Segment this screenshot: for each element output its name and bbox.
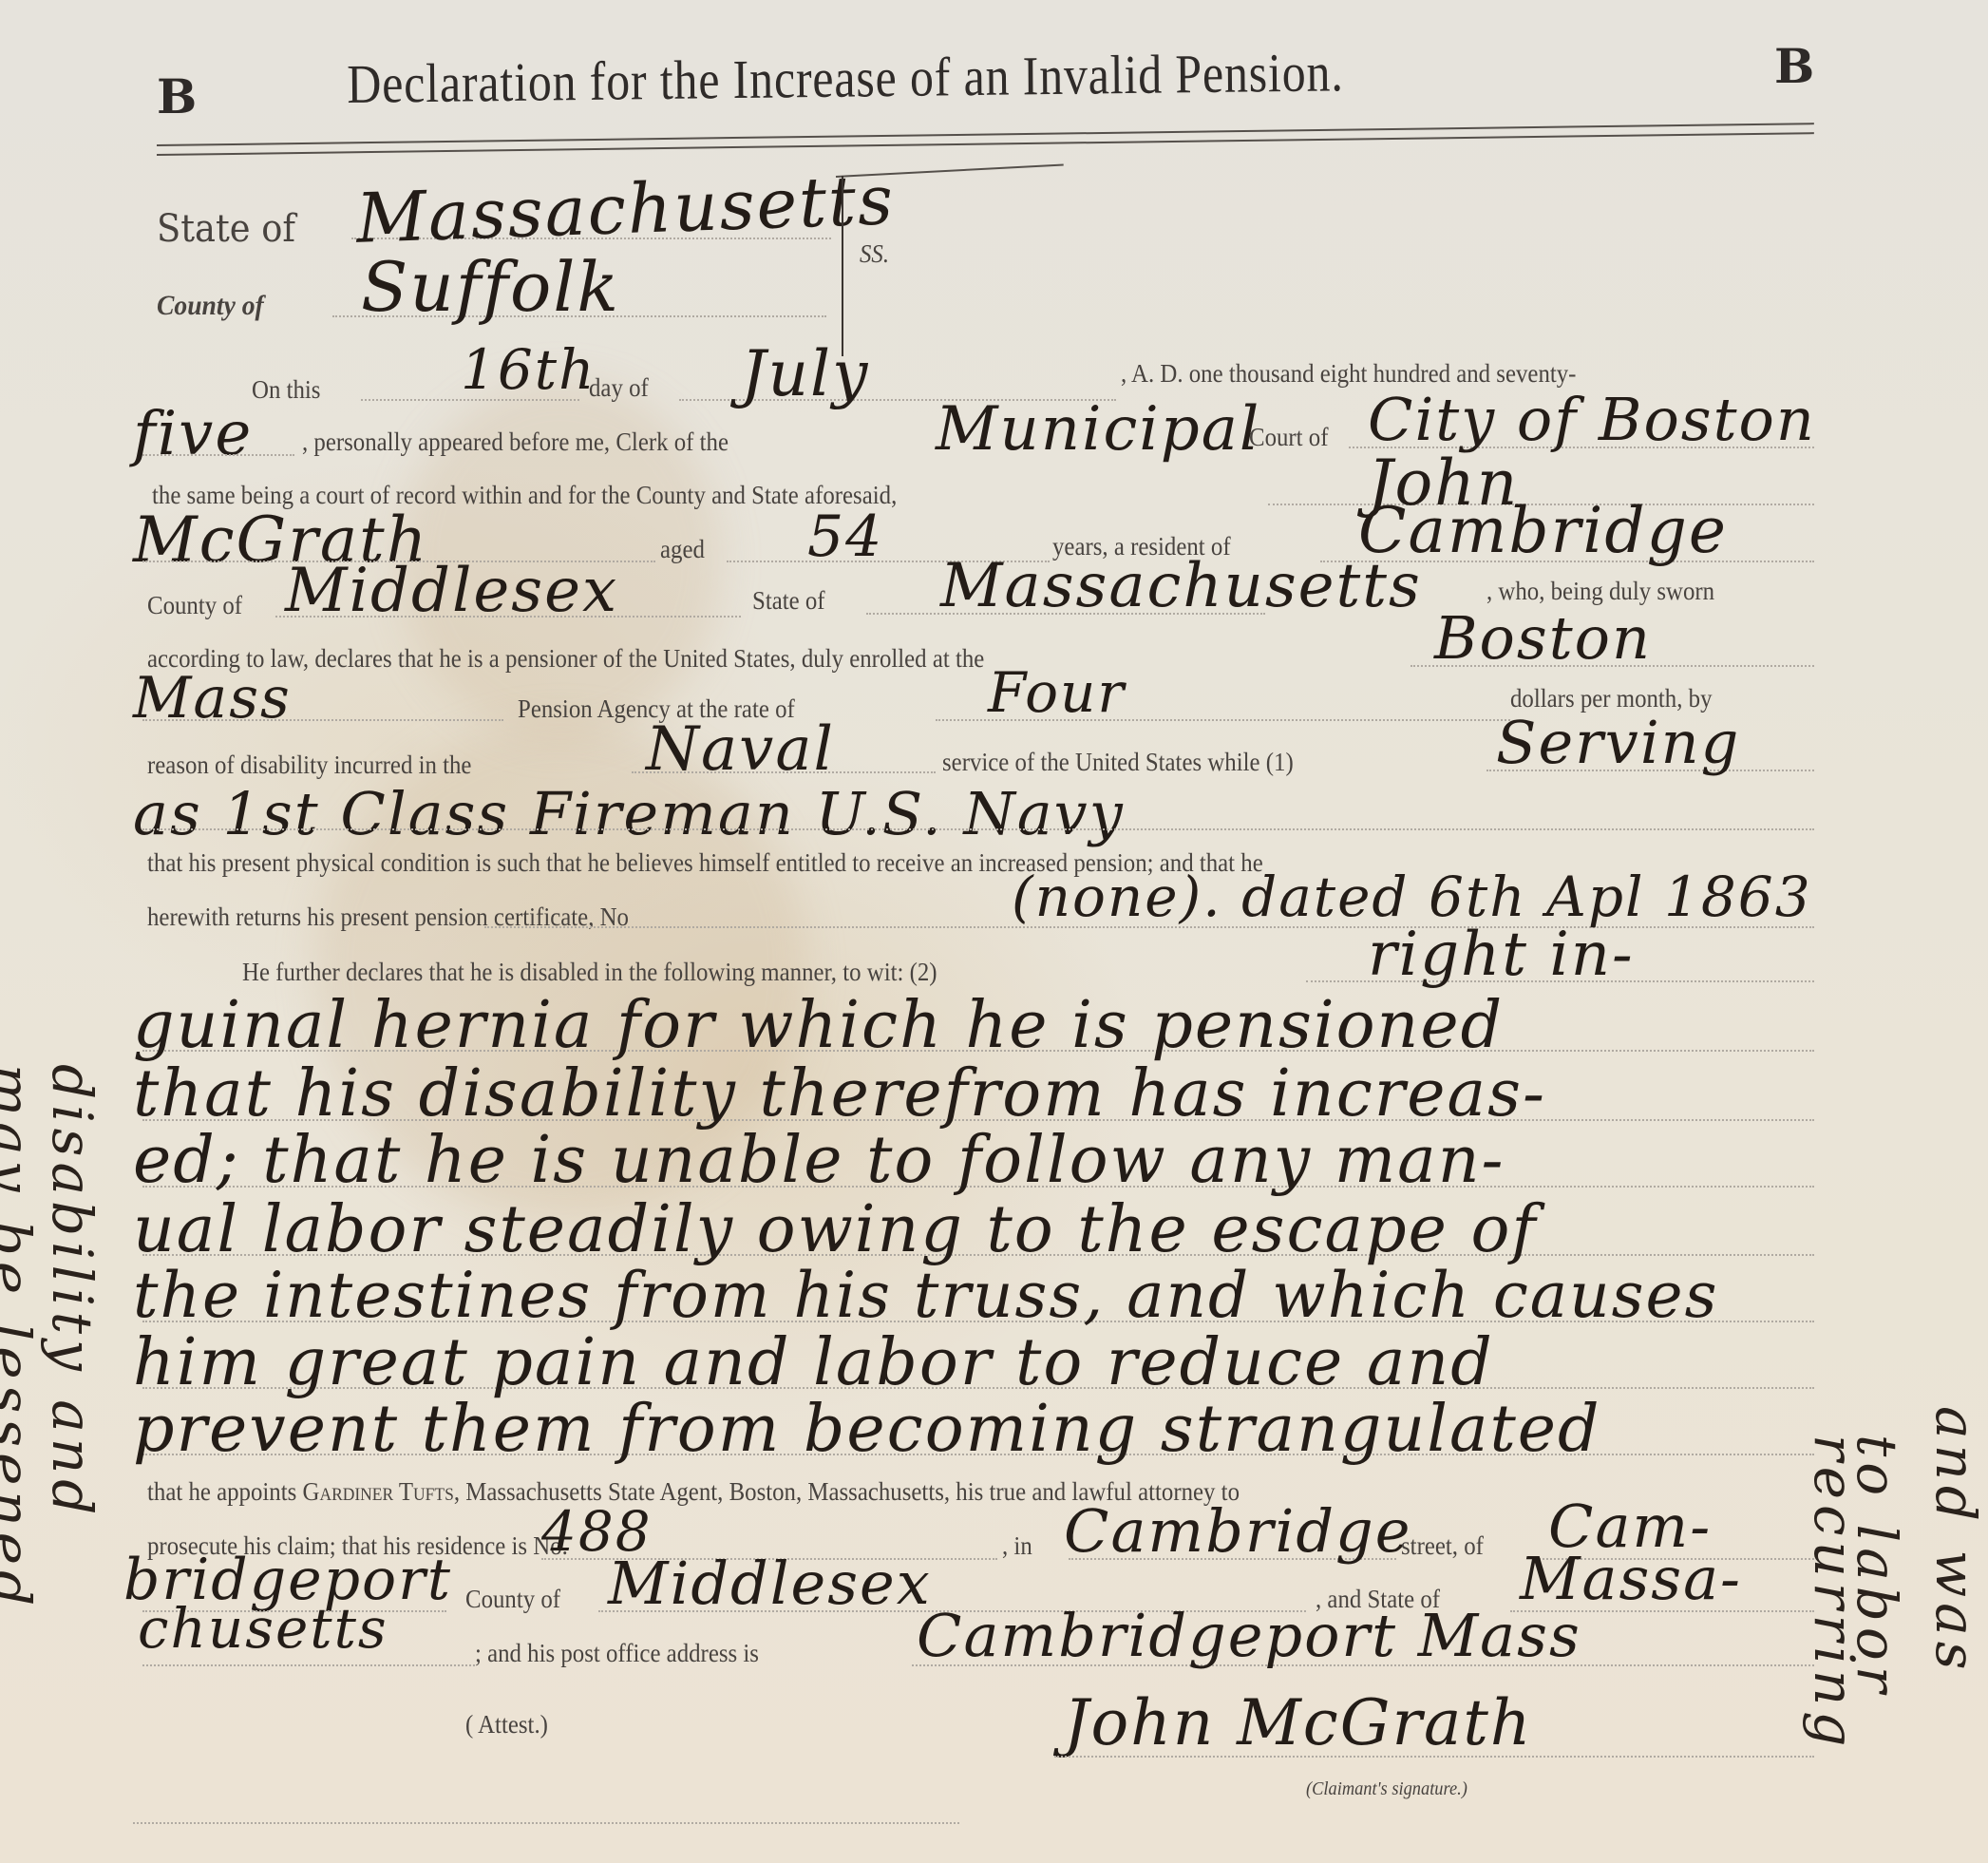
margin-note-right-2: recurring xyxy=(1802,1435,1866,1752)
rate-value: Four xyxy=(988,660,1126,725)
text-in: , in xyxy=(1002,1531,1032,1561)
ss-label: SS. xyxy=(860,239,889,269)
court-value: Municipal xyxy=(936,394,1260,465)
margin-note-left-1: disability and xyxy=(40,1064,104,1520)
attorney-name: Gardiner Tufts xyxy=(303,1477,454,1506)
agency-state-value: Mass xyxy=(133,665,292,732)
month-value: July xyxy=(741,337,869,410)
serving-value: Serving xyxy=(1496,708,1740,777)
fill-line xyxy=(142,719,503,721)
claimant-caption: (Claimant's signature.) xyxy=(1306,1778,1467,1800)
attest-line xyxy=(133,1822,959,1824)
text-sworn: , who, being duly sworn xyxy=(1486,577,1714,606)
text-appeared: , personally appeared before me, Clerk o… xyxy=(302,428,729,457)
text-state-of: State of xyxy=(752,586,825,616)
county-value: Suffolk xyxy=(361,247,620,327)
street-value: Cambridge xyxy=(1064,1496,1411,1566)
year-suffix-value: five xyxy=(133,399,253,469)
disability-line-7: prevent them from becoming strangulated xyxy=(133,1392,1601,1467)
venue-bracket xyxy=(828,176,843,356)
post-office-value: Cambridgeport Mass xyxy=(917,1601,1581,1670)
disability-line-1: guinal hernia for which he is pensioned xyxy=(133,988,1504,1063)
signature-line xyxy=(1054,1756,1814,1758)
text-county-of: County of xyxy=(147,591,242,620)
disability-line-3: ed; that he is unable to follow any man- xyxy=(133,1123,1505,1198)
disability-line-0: right in- xyxy=(1368,920,1635,990)
residence-state-value: Massachusetts xyxy=(940,551,1422,621)
attest-label: ( Attest.) xyxy=(465,1710,548,1739)
text-court-of: Court of xyxy=(1249,423,1328,452)
disability-line-2: that his disability therefrom has increa… xyxy=(133,1056,1546,1131)
serving-as-value: as 1st Class Fireman U.S. Navy xyxy=(133,779,1125,848)
margin-note-left-2: may be lessened xyxy=(0,1064,43,1611)
court-city-value: City of Boston xyxy=(1368,385,1816,454)
disability-line-4: ual labor steadily owing to the escape o… xyxy=(133,1192,1538,1267)
state2-value-b: chusetts xyxy=(138,1596,388,1661)
service-branch-value: Naval xyxy=(646,714,835,785)
text-on-this: On this xyxy=(252,375,320,405)
page-title: Declaration for the Increase of an Inval… xyxy=(347,40,1344,116)
fill-line xyxy=(142,828,1814,830)
text-disability-incurred: reason of disability incurred in the xyxy=(147,751,471,780)
form-letter-right: B xyxy=(1774,38,1814,94)
disability-line-5: the intestines from his truss, and which… xyxy=(133,1259,1718,1332)
text-county-of-2: County of xyxy=(465,1585,560,1614)
form-letter-left: B xyxy=(157,68,197,124)
claimant-signature: John McGrath xyxy=(1064,1686,1532,1759)
age-value: 54 xyxy=(807,504,883,570)
text-aged: aged xyxy=(660,535,705,564)
fill-line xyxy=(142,1664,475,1666)
state-label: State of xyxy=(157,207,295,251)
residence-county-value: Middlesex xyxy=(285,556,618,626)
text-day-of: day of xyxy=(589,373,649,403)
text-attorney-a: that he appoints xyxy=(147,1477,296,1506)
text-post-office: ; and his post office address is xyxy=(475,1639,759,1668)
fill-line xyxy=(142,454,294,456)
text-service: service of the United States while (1) xyxy=(942,748,1294,777)
text-street-of: street, of xyxy=(1401,1531,1484,1561)
margin-note-right-3: and was xyxy=(1923,1406,1988,1676)
county2-value: Middlesex xyxy=(608,1549,932,1618)
county-label: County of xyxy=(157,290,264,322)
disability-line-6: him great pain and labor to reduce and xyxy=(133,1325,1494,1400)
agency-city-value: Boston xyxy=(1434,603,1652,673)
text-further-declares: He further declares that he is disabled … xyxy=(242,958,937,987)
day-value: 16th xyxy=(461,337,596,402)
